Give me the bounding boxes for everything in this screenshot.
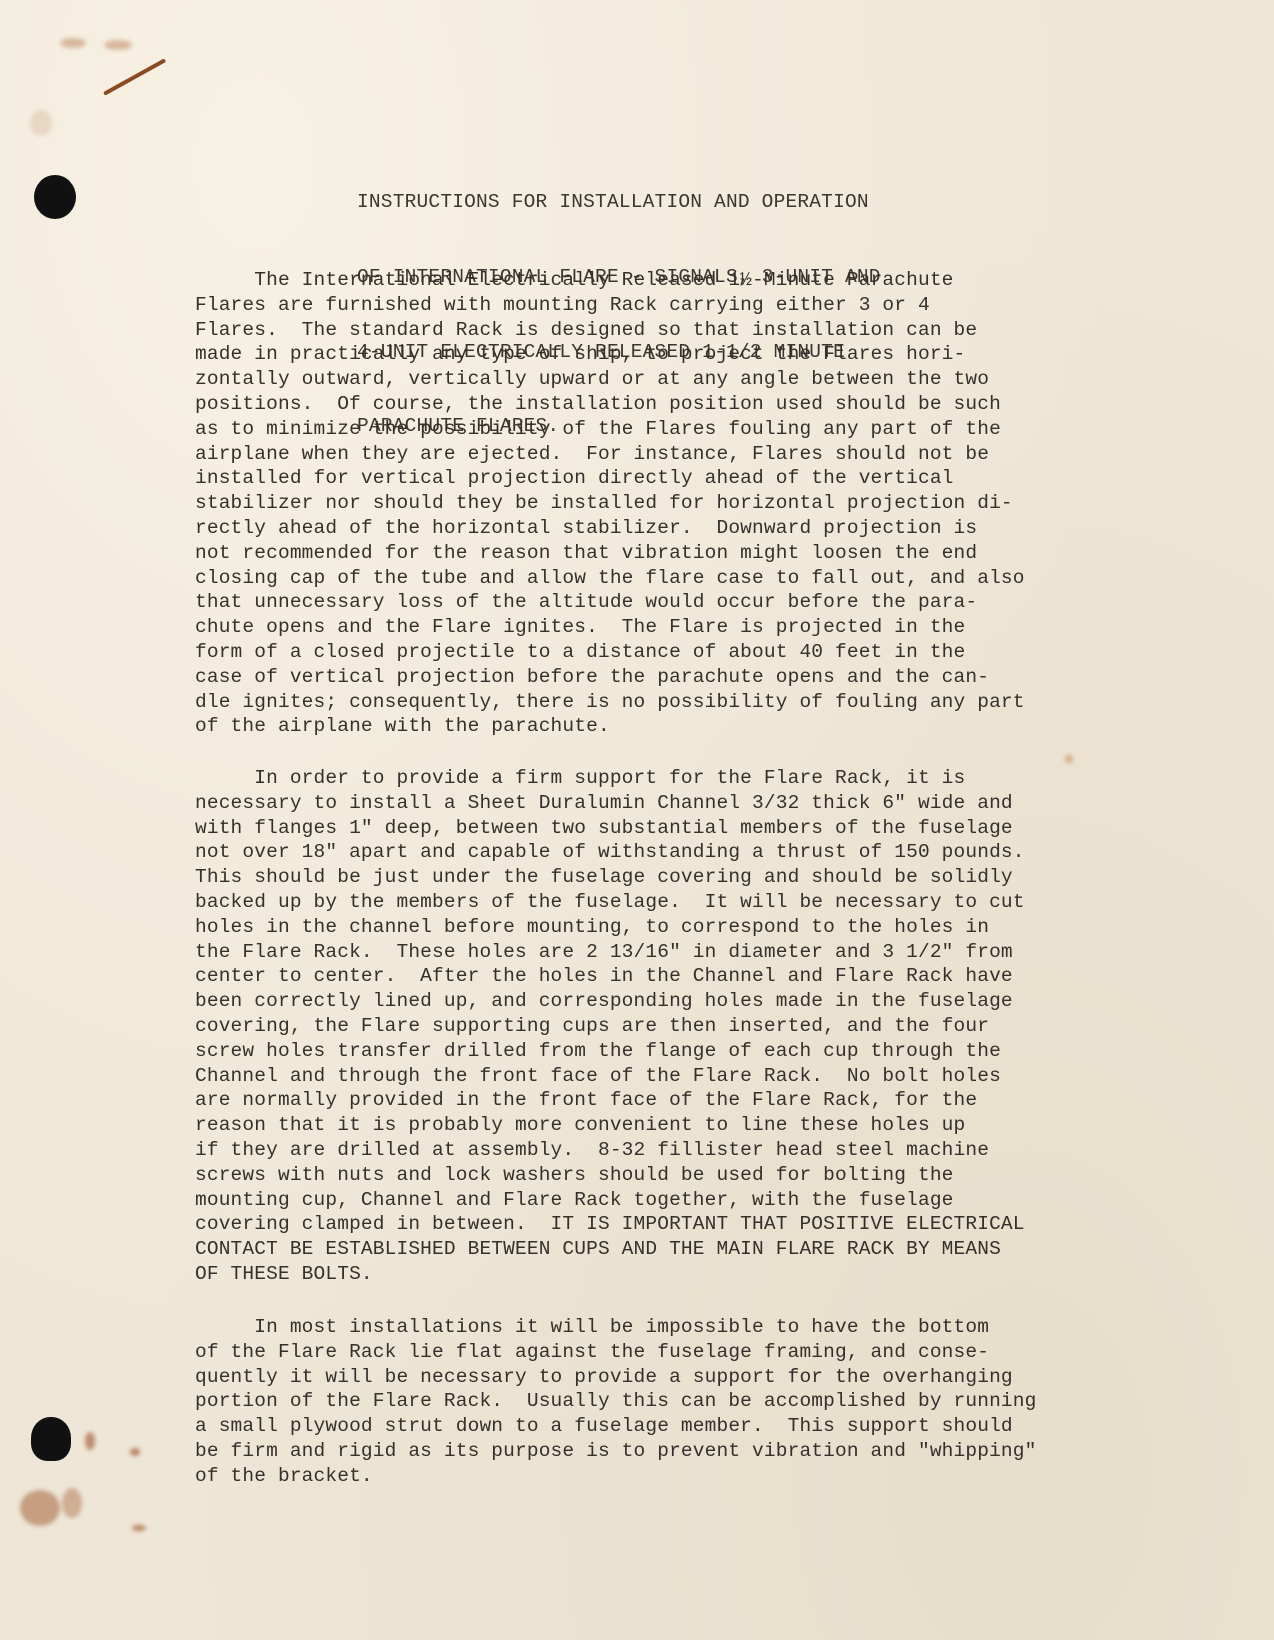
text-line: not recommended for the reason that vibr… [195, 541, 1095, 566]
text-line: made in practically any type of ship, to… [195, 342, 1095, 367]
text-line: Channel and through the front face of th… [195, 1064, 1095, 1089]
text-line: center to center. After the holes in the… [195, 964, 1095, 989]
text-line: been correctly lined up, and correspondi… [195, 989, 1095, 1014]
text-line: covering clamped in between. IT IS IMPOR… [195, 1212, 1095, 1237]
text-line: be firm and rigid as its purpose is to p… [195, 1439, 1095, 1464]
punch-hole-top [34, 175, 76, 219]
text-line: quently it will be necessary to provide … [195, 1365, 1095, 1390]
text-line: as to minimize the possibility of the Fl… [195, 417, 1095, 442]
text-line: with flanges 1" deep, between two substa… [195, 816, 1095, 841]
punch-hole-bottom [31, 1417, 71, 1461]
text-line: mounting cup, Channel and Flare Rack tog… [195, 1188, 1095, 1213]
paragraph-overhang-support: In most installations it will be impossi… [195, 1315, 1095, 1489]
text-line: of the bracket. [195, 1464, 1095, 1489]
rust-stain [85, 1432, 95, 1450]
text-line: are normally provided in the front face … [195, 1088, 1095, 1113]
rust-stain [20, 1490, 60, 1526]
text-line: In order to provide a firm support for t… [195, 766, 1095, 791]
text-line: if they are drilled at assembly. 8-32 fi… [195, 1138, 1095, 1163]
text-line: case of vertical projection before the p… [195, 665, 1095, 690]
text-line: that unnecessary loss of the altitude wo… [195, 590, 1095, 615]
text-line: chute opens and the Flare ignites. The F… [195, 615, 1095, 640]
text-line: the Flare Rack. These holes are 2 13/16"… [195, 940, 1095, 965]
text-line: backed up by the members of the fuselage… [195, 890, 1095, 915]
text-line: reason that it is probably more convenie… [195, 1113, 1095, 1138]
text-line: installed for vertical projection direct… [195, 466, 1095, 491]
text-line: screw holes transfer drilled from the fl… [195, 1039, 1095, 1064]
rust-stain [130, 1448, 140, 1456]
paragraph-rack-support: In order to provide a firm support for t… [195, 766, 1095, 1287]
rust-stain [30, 110, 52, 136]
text-line: In most installations it will be impossi… [195, 1315, 1095, 1340]
text-line: covering, the Flare supporting cups are … [195, 1014, 1095, 1039]
text-line: stabilizer nor should they be installed … [195, 491, 1095, 516]
text-line: not over 18" apart and capable of withst… [195, 840, 1095, 865]
rust-stain [132, 1525, 146, 1531]
text-line: rectly ahead of the horizontal stabilize… [195, 516, 1095, 541]
text-line: This should be just under the fuselage c… [195, 865, 1095, 890]
text-line: holes in the channel before mounting, to… [195, 915, 1095, 940]
rust-stain [1065, 755, 1073, 763]
text-line: necessary to install a Sheet Duralumin C… [195, 791, 1095, 816]
rust-stain [104, 40, 132, 50]
text-line: closing cap of the tube and allow the fl… [195, 566, 1095, 591]
text-line: screws with nuts and lock washers should… [195, 1163, 1095, 1188]
text-line: CONTACT BE ESTABLISHED BETWEEN CUPS AND … [195, 1237, 1095, 1262]
paragraph-flare-overview: The International Electrically Released … [195, 268, 1095, 739]
text-line: OF THESE BOLTS. [195, 1262, 1095, 1287]
text-line: form of a closed projectile to a distanc… [195, 640, 1095, 665]
text-line: zontally outward, vertically upward or a… [195, 367, 1095, 392]
text-line: airplane when they are ejected. For inst… [195, 442, 1095, 467]
text-line: dle ignites; consequently, there is no p… [195, 690, 1095, 715]
rust-stain [60, 38, 86, 48]
text-line: portion of the Flare Rack. Usually this … [195, 1389, 1095, 1414]
rust-stain [62, 1488, 82, 1518]
text-line: of the airplane with the parachute. [195, 714, 1095, 739]
text-line: of the Flare Rack lie flat against the f… [195, 1340, 1095, 1365]
text-line: The International Electrically Released … [195, 268, 1095, 293]
title-line: INSTRUCTIONS FOR INSTALLATION AND OPERAT… [357, 190, 917, 215]
text-line: positions. Of course, the installation p… [195, 392, 1095, 417]
text-line: Flares. The standard Rack is designed so… [195, 318, 1095, 343]
text-line: a small plywood strut down to a fuselage… [195, 1414, 1095, 1439]
text-line: Flares are furnished with mounting Rack … [195, 293, 1095, 318]
